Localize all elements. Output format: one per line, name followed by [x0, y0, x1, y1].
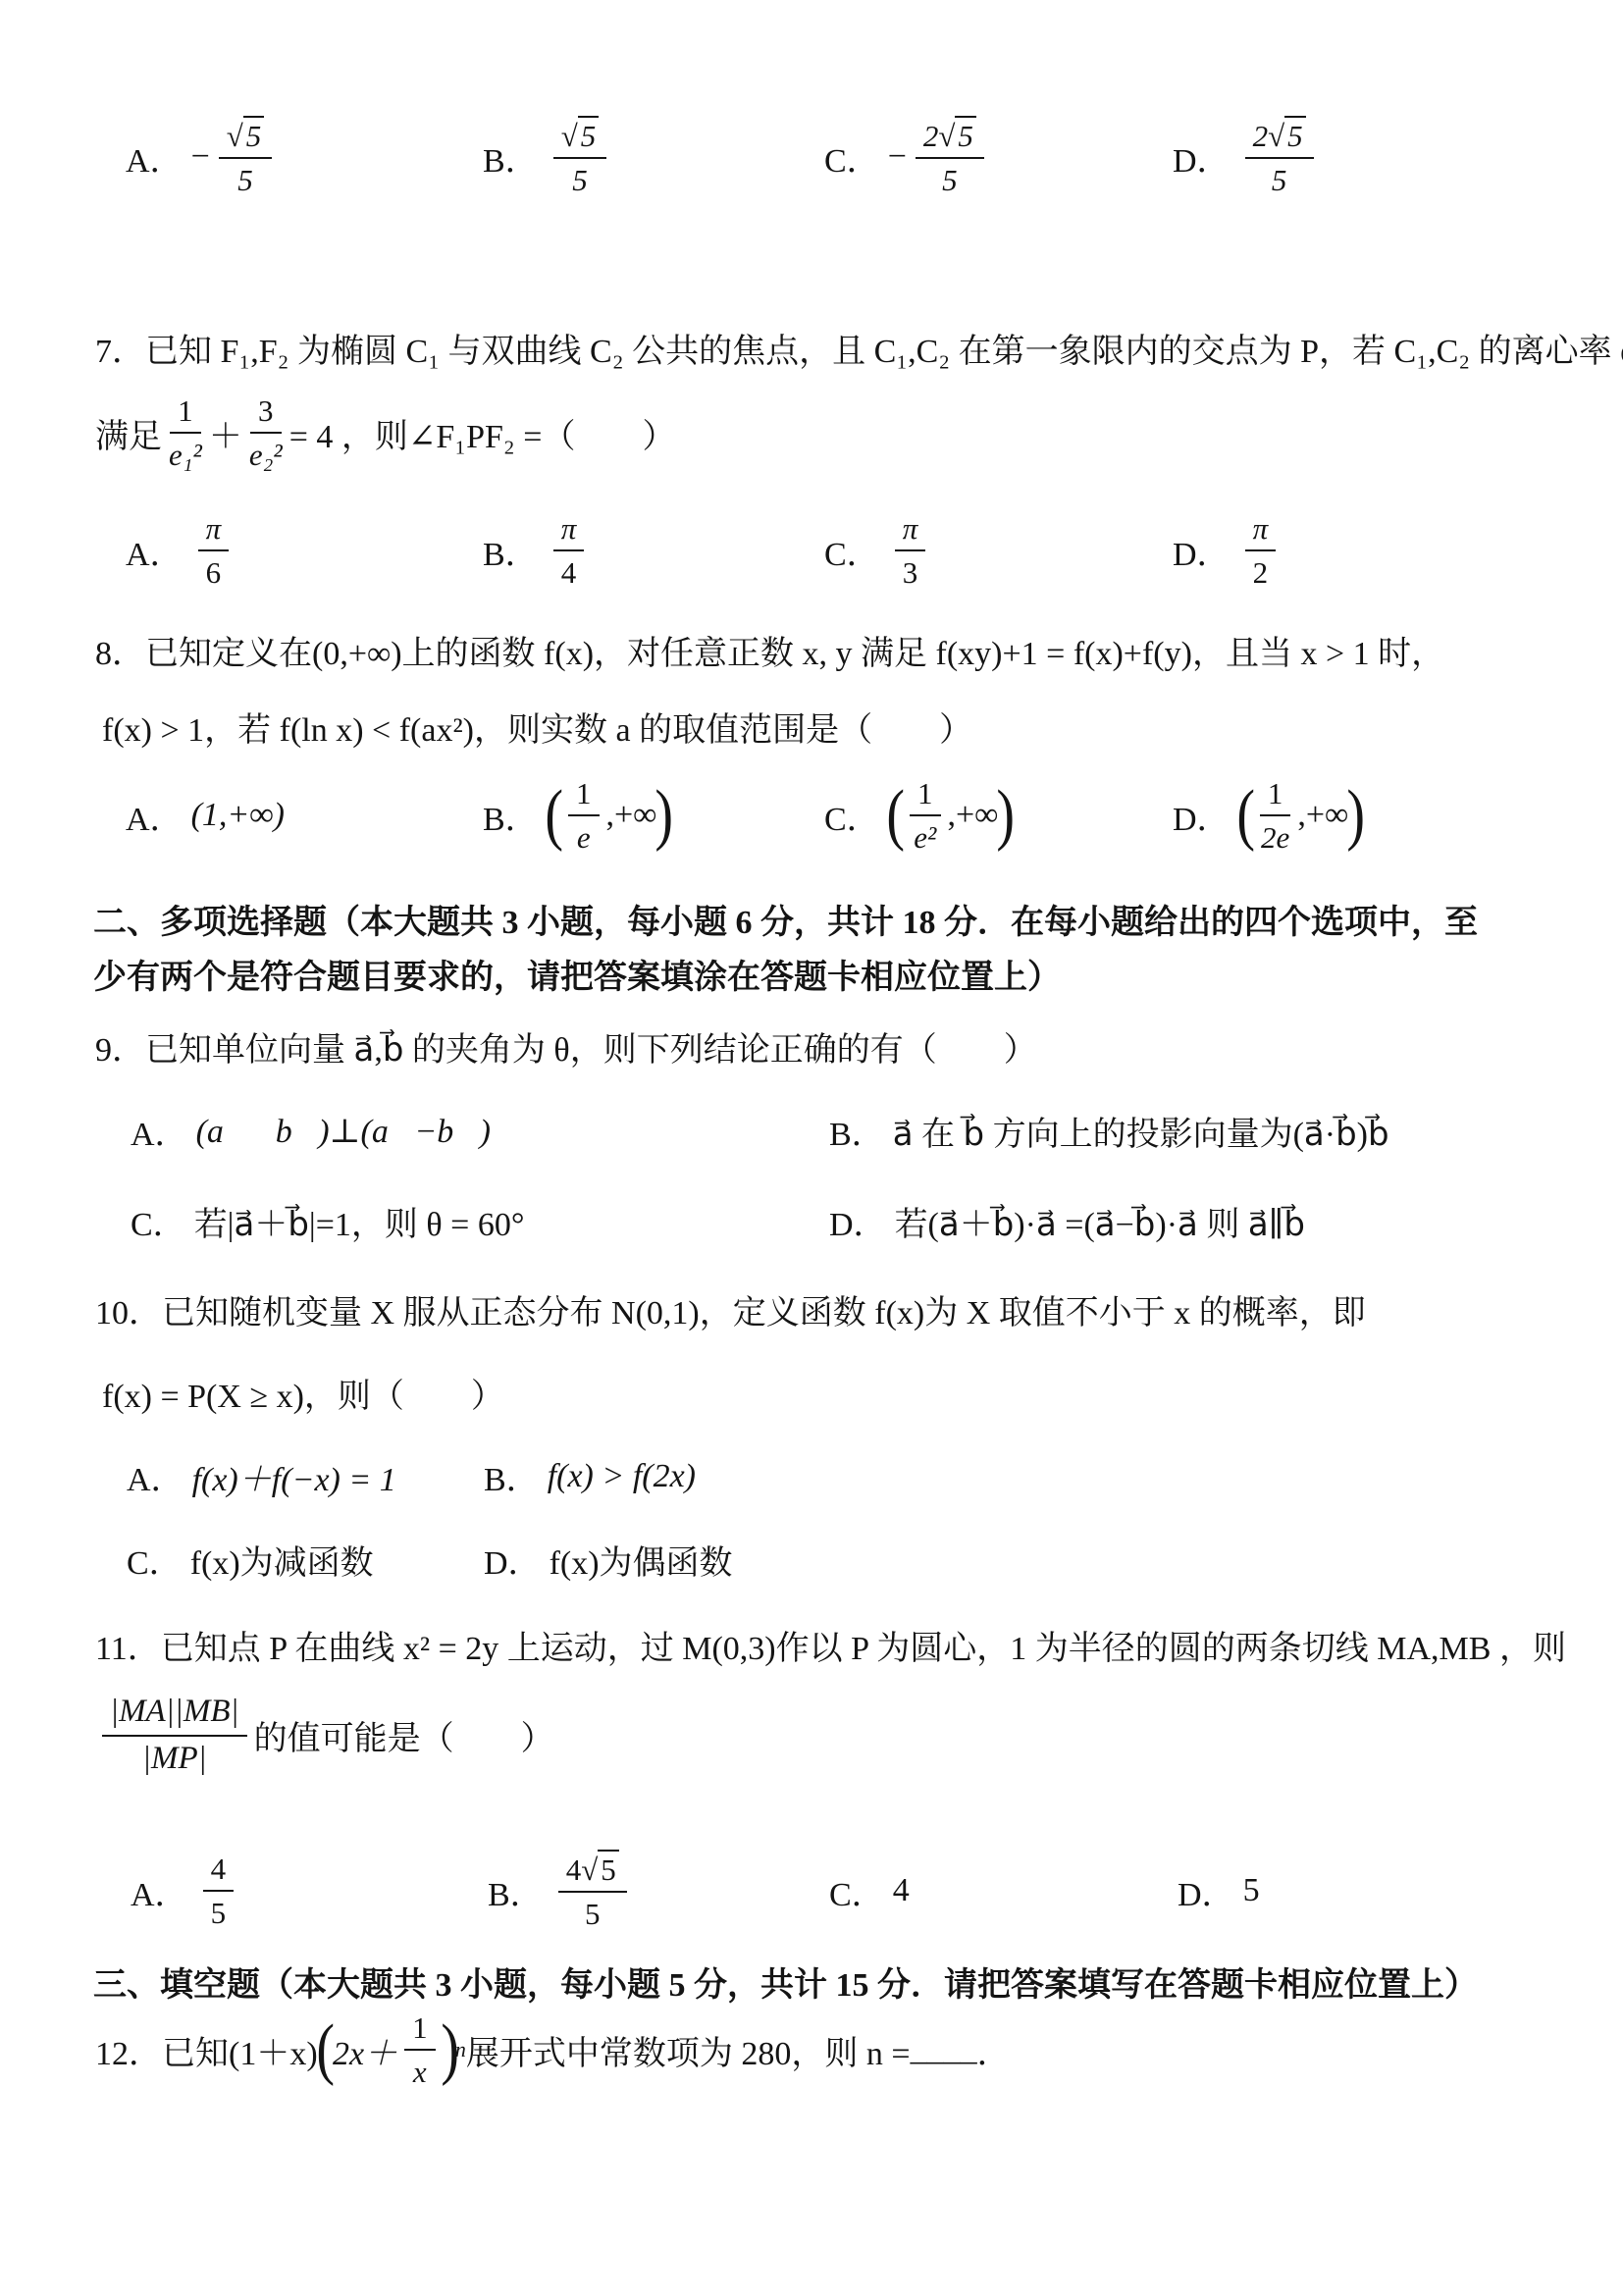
section2-header-line2: 少有两个是符合题目要求的，请把答案填涂在答题卡相应位置上） — [93, 950, 1061, 998]
option-label: A． — [131, 1107, 188, 1155]
option-rest: ,+∞ — [948, 797, 999, 834]
q11-option-b: B． 4√5 5 — [488, 1850, 829, 1932]
option-label: C． — [824, 133, 880, 182]
q8-options-row: A． (1,+∞) B． ( 1 e ,+∞ ) C． ( 1 e² ,+∞ )… — [126, 775, 1564, 856]
q6-options-row: A． − √5 5 B． √5 5 C． − 2√5 5 D． 2√5 5 — [126, 116, 1564, 198]
option-value: (a⃗＋b⃗)⊥(a⃗−b⃗) — [196, 1112, 491, 1151]
option-label: A． — [127, 1452, 184, 1500]
q11-option-d: D． 5 — [1178, 1867, 1564, 1915]
q6-option-b: B． √5 5 — [483, 116, 824, 198]
q11-suffix: 的值可能是（ ） — [254, 1711, 554, 1759]
option-value: (1,+∞) — [191, 797, 285, 834]
option-label: B． — [488, 1867, 544, 1915]
numerator: 1 — [1260, 775, 1291, 816]
option-value: 4 — [893, 1872, 910, 1909]
option-value: 若|a⃗＋b⃗|=1，则 θ = 60° — [194, 1197, 525, 1245]
option-label: B． — [483, 527, 539, 575]
q7-prefix: 满足 — [95, 409, 162, 457]
fraction: 1 e² — [910, 775, 941, 856]
fraction: 2√5 5 — [1245, 116, 1314, 198]
option-value: a⃗ 在 b⃗ 方向上的投影向量为(a⃗·b⃗)b⃗ — [893, 1107, 1389, 1155]
option-label: C． — [131, 1197, 186, 1245]
numerator: π — [895, 510, 926, 551]
denominator: 5 — [237, 159, 253, 198]
option-rest: ,+∞ — [606, 797, 657, 834]
radicand: 5 — [955, 116, 976, 154]
option-label: D． — [829, 1197, 887, 1245]
q8-stem-line2: f(x) > 1，若 f(ln x) < f(ax²)，则实数 a 的取值范围是… — [102, 703, 972, 751]
denominator: 3 — [903, 551, 918, 591]
q12-suffix: 展开式中常数项为 280，则 n = — [466, 2026, 911, 2074]
numerator: 4√5 — [558, 1850, 627, 1893]
fraction: π 3 — [895, 510, 926, 591]
numerator: 1 — [910, 775, 941, 816]
radical-icon: 4√ — [566, 1852, 599, 1888]
q7-stem-line2: 满足 1 e₁² ＋ 3 e₂² = 4 ，则∠F₁PF₂ =（ ） — [95, 392, 675, 473]
minus-sign: − — [888, 138, 907, 176]
fraction: |MA||MB| |MP| — [102, 1693, 247, 1778]
q12-inner: 2x＋ — [333, 2026, 397, 2074]
fraction: 1 x — [404, 2009, 436, 2090]
numerator: √5 — [219, 116, 273, 159]
fraction: 4√5 5 — [558, 1850, 627, 1932]
q10-option-c: C． f(x)为减函数 — [127, 1536, 484, 1584]
q9-option-d: D． 若(a⃗＋b⃗)·a⃗ =(a⃗−b⃗)·a⃗ 则 a⃗∥b⃗ — [829, 1197, 1564, 1245]
q8-option-b: B． ( 1 e ,+∞ ) — [483, 775, 824, 856]
option-value: 5 — [1243, 1872, 1260, 1909]
fraction: π 6 — [198, 510, 230, 591]
radical-icon: 2√ — [1253, 118, 1285, 154]
denominator: e₁² — [169, 434, 202, 473]
q10-options-row2: C． f(x)为减函数 D． f(x)为偶函数 — [127, 1536, 1564, 1584]
fraction: √5 5 — [553, 116, 607, 198]
q11-options-row: A． 4 5 B． 4√5 5 C． 4 D． 5 — [131, 1850, 1564, 1932]
q11-stem-line2: |MA||MB| |MP| 的值可能是（ ） — [95, 1693, 554, 1778]
q7-option-d: D． π 2 — [1173, 510, 1564, 591]
option-label: D． — [1173, 792, 1230, 840]
q11-option-a: A． 4 5 — [131, 1851, 488, 1931]
q7-suffix: = 4 ，则∠F₁PF₂ =（ ） — [289, 409, 676, 457]
q12-prefix: 12．已知(1＋x) — [95, 2026, 318, 2074]
option-label: A． — [126, 527, 183, 575]
q9-options-row1: A． (a⃗＋b⃗)⊥(a⃗−b⃗) B． a⃗ 在 b⃗ 方向上的投影向量为(… — [131, 1107, 1564, 1155]
numerator: 2√5 — [916, 116, 984, 159]
fraction: √5 5 — [219, 116, 273, 198]
q11-stem-line1: 11．已知点 P 在曲线 x² = 2y 上运动，过 M(0,3)作以 P 为圆… — [95, 1621, 1566, 1669]
denominator: 2e — [1261, 816, 1289, 856]
denominator: |MP| — [142, 1737, 207, 1779]
option-label: C． — [824, 792, 880, 840]
q9-stem: 9．已知单位向量 a⃗,b⃗ 的夹角为 θ，则下列结论正确的有（ ） — [95, 1022, 1037, 1070]
option-label: B． — [483, 133, 539, 182]
denominator: 5 — [585, 1893, 601, 1932]
q10-options-row1: A． f(x)＋f(−x) = 1 B． f(x) > f(2x) — [127, 1452, 1564, 1500]
section3-header: 三、填空题（本大题共 3 小题，每小题 5 分，共计 15 分．请把答案填写在答… — [93, 1957, 1478, 2006]
q12-period: ． — [977, 2026, 1011, 2074]
denominator: e₂² — [249, 434, 283, 473]
numerator: √5 — [553, 116, 607, 159]
denominator: 5 — [1272, 159, 1287, 198]
radical-icon: √ — [227, 118, 243, 154]
fraction: 3 e₂² — [249, 392, 283, 473]
numerator: 1 — [170, 392, 201, 434]
q6-option-c: C． − 2√5 5 — [824, 116, 1173, 198]
radicand: 5 — [578, 116, 600, 154]
option-label: A． — [131, 1867, 188, 1915]
option-label: D． — [1173, 527, 1230, 575]
answer-blank: ____ — [911, 2031, 977, 2068]
section2-header-line1: 二、多项选择题（本大题共 3 小题，每小题 6 分，共计 18 分．在每小题给出… — [93, 895, 1478, 943]
plus-operator: ＋ — [209, 409, 242, 457]
q10-option-d: D． f(x)为偶函数 — [484, 1536, 1564, 1584]
option-label: C． — [127, 1536, 183, 1584]
q9-option-c: C． 若|a⃗＋b⃗|=1，则 θ = 60° — [131, 1197, 829, 1245]
option-value: f(x) > f(2x) — [548, 1458, 696, 1495]
denominator: e² — [914, 816, 936, 856]
q11-option-c: C． 4 — [829, 1867, 1178, 1915]
denominator: e — [577, 816, 591, 856]
option-rest: ,+∞ — [1297, 797, 1348, 834]
q8-option-d: D． ( 1 2e ,+∞ ) — [1173, 775, 1564, 856]
numerator: 2√5 — [1245, 116, 1314, 159]
denominator: 5 — [572, 159, 588, 198]
option-label: C． — [824, 527, 880, 575]
option-label: A． — [126, 133, 183, 182]
q7-option-b: B． π 4 — [483, 510, 824, 591]
numerator: 3 — [250, 392, 282, 434]
option-label: B． — [484, 1452, 540, 1500]
q6-option-d: D． 2√5 5 — [1173, 116, 1564, 198]
option-label: A． — [126, 792, 183, 840]
q9-option-b: B． a⃗ 在 b⃗ 方向上的投影向量为(a⃗·b⃗)b⃗ — [829, 1107, 1564, 1155]
fraction: π 4 — [553, 510, 585, 591]
denominator: x — [413, 2051, 427, 2090]
option-value: f(x)为偶函数 — [550, 1536, 733, 1584]
option-label: C． — [829, 1867, 885, 1915]
denominator: 2 — [1253, 551, 1269, 591]
option-label: D． — [1178, 1867, 1235, 1915]
minus-sign: − — [191, 138, 210, 176]
radicand: 5 — [1284, 116, 1306, 154]
q7-stem-line1: 7．已知 F₁,F₂ 为椭圆 C₁ 与双曲线 C₂ 公共的焦点，且 C₁,C₂ … — [95, 324, 1623, 372]
numerator: π — [1245, 510, 1277, 551]
denominator: 6 — [206, 551, 222, 591]
q12-stem: 12．已知(1＋x) ( 2x＋ 1 x ) n 展开式中常数项为 280，则 … — [95, 2009, 1011, 2090]
radicand: 5 — [243, 116, 265, 154]
fraction: 1 e₁² — [169, 392, 202, 473]
q10-stem-line1: 10．已知随机变量 X 服从正态分布 N(0,1)，定义函数 f(x)为 X 取… — [95, 1285, 1366, 1333]
q7-option-a: A． π 6 — [126, 510, 483, 591]
numerator: 1 — [568, 775, 600, 816]
numerator: |MA||MB| — [102, 1693, 247, 1737]
option-label: D． — [484, 1536, 542, 1584]
radical-icon: 2√ — [923, 118, 956, 154]
q8-stem-line1: 8．已知定义在(0,+∞)上的函数 f(x)，对任意正数 x, y 满足 f(x… — [95, 626, 1444, 674]
numerator: π — [198, 510, 230, 551]
option-value: 若(a⃗＋b⃗)·a⃗ =(a⃗−b⃗)·a⃗ 则 a⃗∥b⃗ — [895, 1197, 1305, 1245]
radical-icon: √ — [561, 118, 578, 154]
q7-options-row: A． π 6 B． π 4 C． π 3 D． π 2 — [126, 510, 1564, 591]
q8-option-a: A． (1,+∞) — [126, 792, 483, 840]
fraction: 1 2e — [1260, 775, 1291, 856]
option-label: B． — [829, 1107, 885, 1155]
numerator: 1 — [404, 2009, 436, 2051]
denominator: 5 — [942, 159, 958, 198]
q10-option-a: A． f(x)＋f(−x) = 1 — [127, 1452, 484, 1500]
q10-stem-line2: f(x) = P(X ≥ x)，则（ ） — [102, 1369, 504, 1417]
fraction: 1 e — [568, 775, 600, 856]
fraction: 4 5 — [203, 1851, 235, 1931]
q6-option-a: A． − √5 5 — [126, 116, 483, 198]
fraction: π 2 — [1245, 510, 1277, 591]
radicand: 5 — [598, 1850, 619, 1888]
option-value: f(x)为减函数 — [190, 1536, 374, 1584]
option-label: D． — [1173, 133, 1230, 182]
option-value: f(x)＋f(−x) = 1 — [192, 1452, 396, 1500]
q8-option-c: C． ( 1 e² ,+∞ ) — [824, 775, 1173, 856]
q10-option-b: B． f(x) > f(2x) — [484, 1452, 1564, 1500]
denominator: 4 — [561, 551, 577, 591]
q9-options-row2: C． 若|a⃗＋b⃗|=1，则 θ = 60° D． 若(a⃗＋b⃗)·a⃗ =… — [131, 1197, 1564, 1245]
q9-option-a: A． (a⃗＋b⃗)⊥(a⃗−b⃗) — [131, 1107, 829, 1155]
numerator: 4 — [203, 1851, 235, 1892]
q7-option-c: C． π 3 — [824, 510, 1173, 591]
fraction: 2√5 5 — [916, 116, 984, 198]
numerator: π — [553, 510, 585, 551]
denominator: 5 — [211, 1892, 227, 1931]
option-label: B． — [483, 792, 539, 840]
